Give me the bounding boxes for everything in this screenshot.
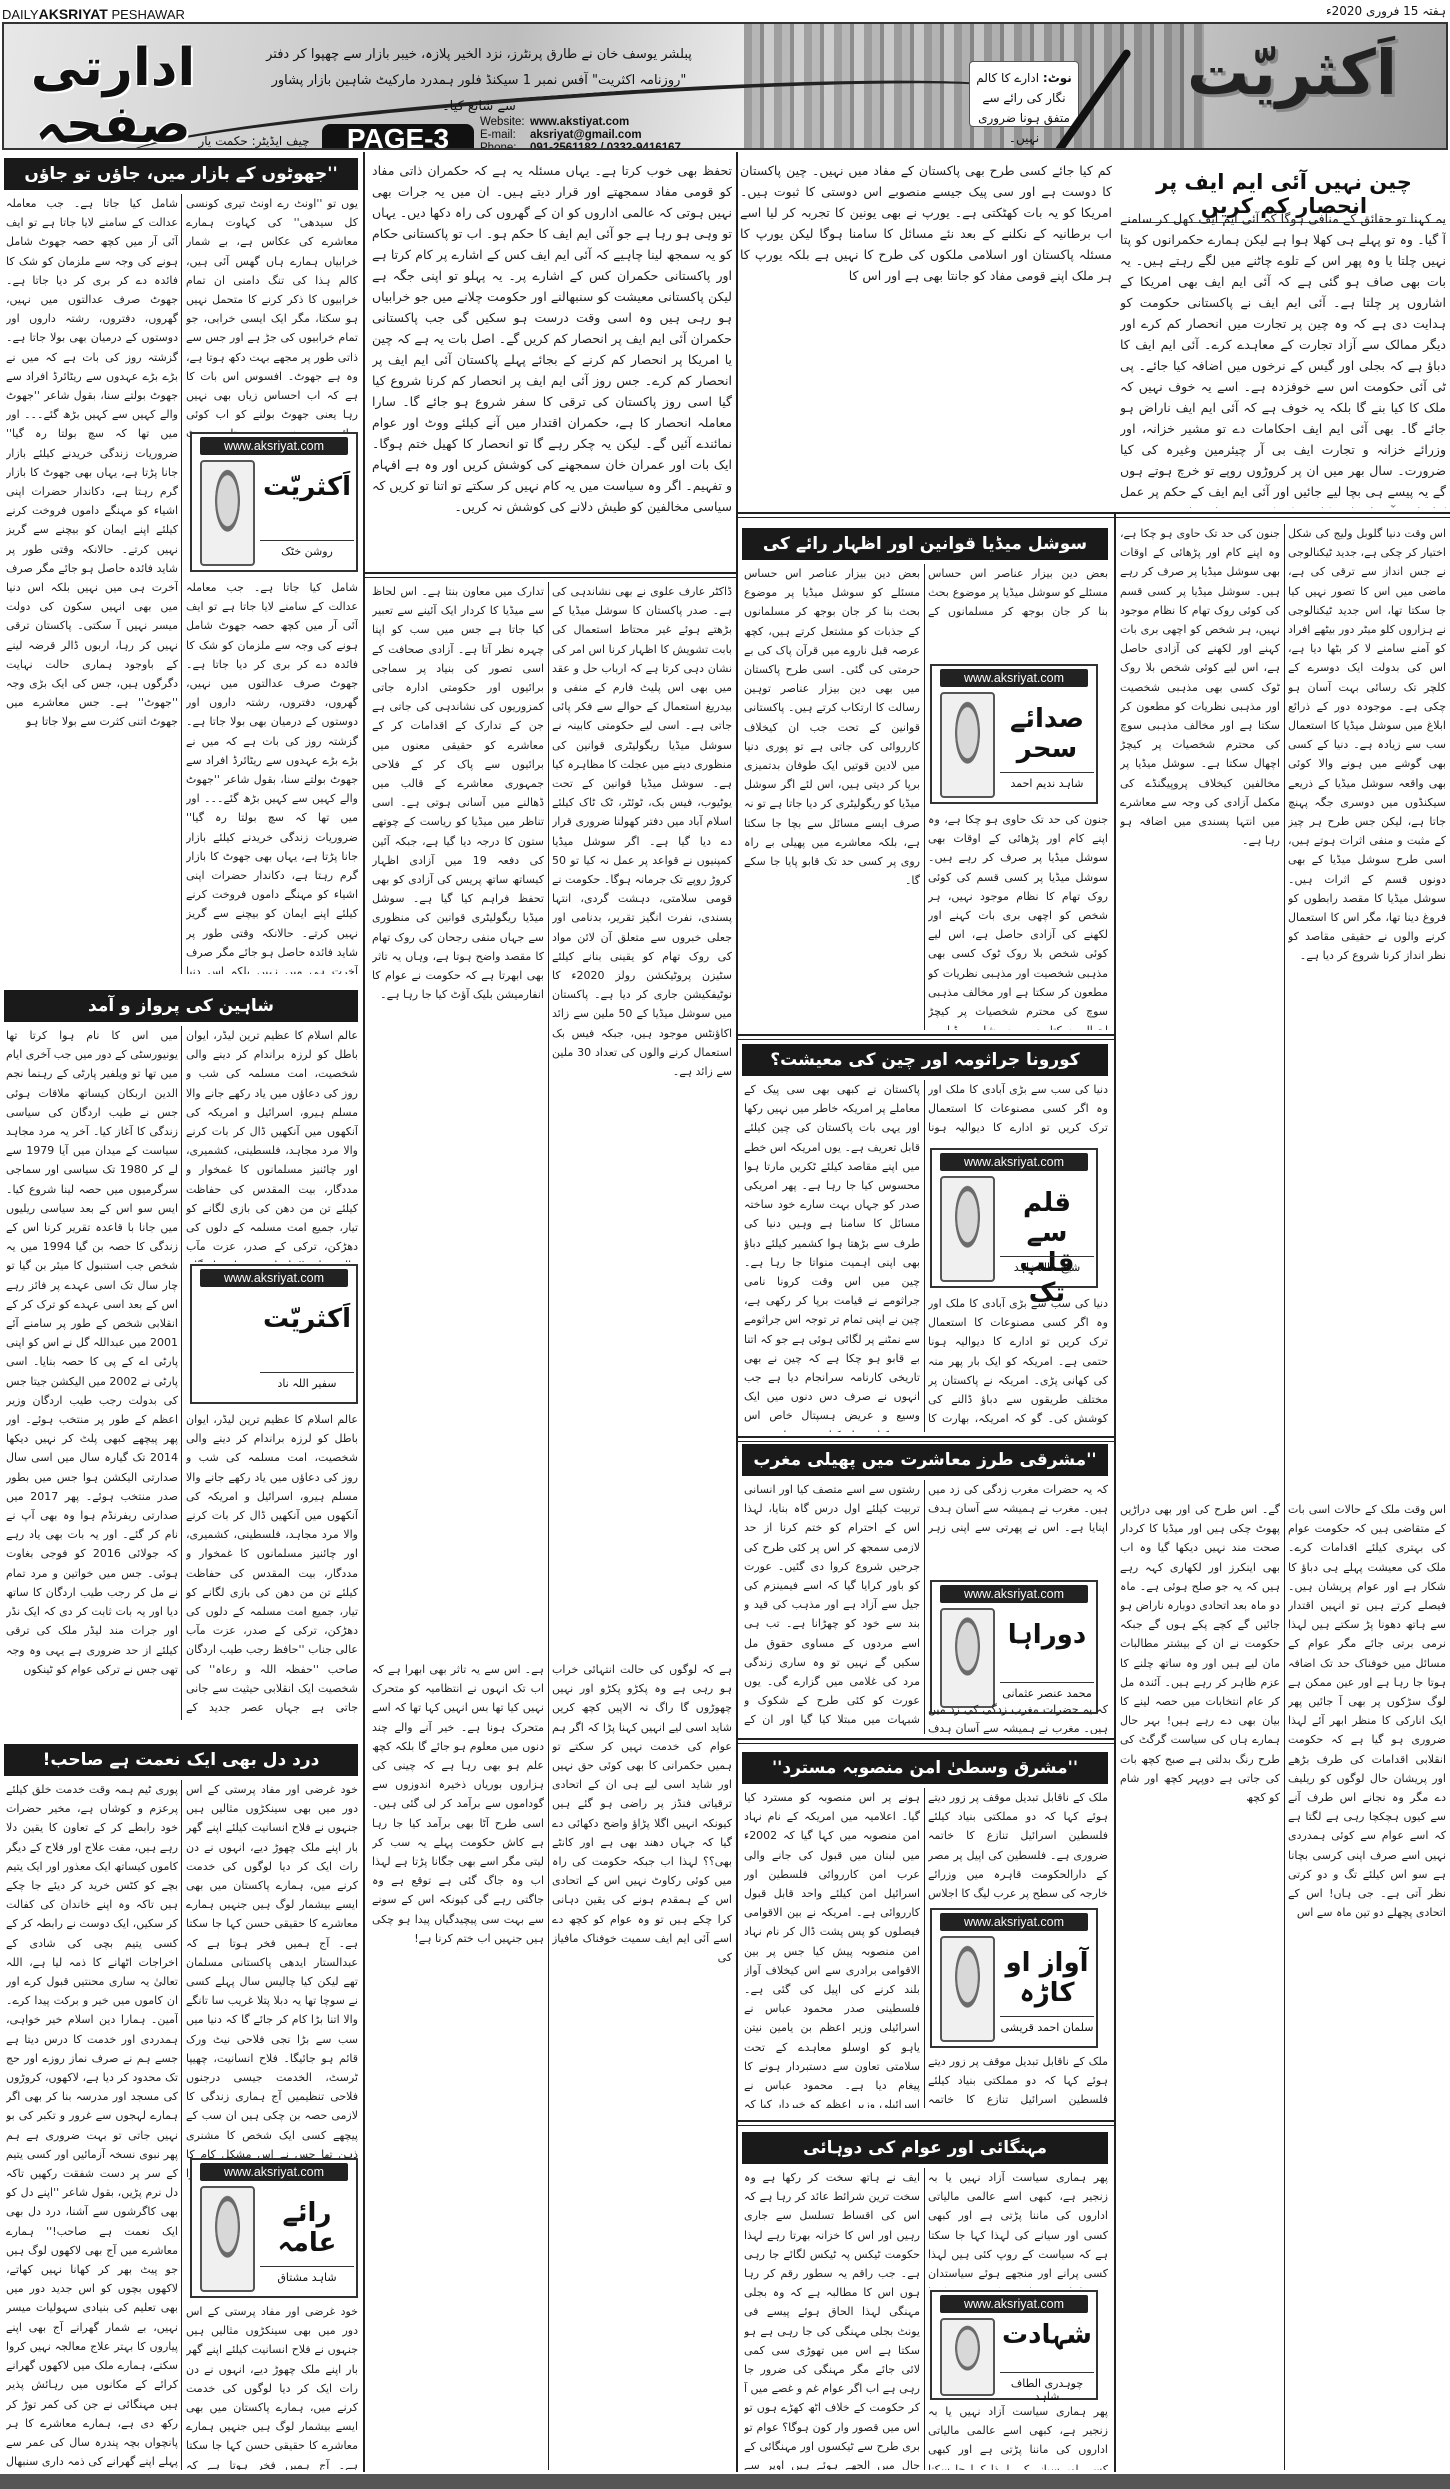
author-photo: [940, 1176, 995, 1282]
article-maghrib-text-right: کہ یہ حضرات مغرب زدگی کی زد میں ہیں۔ مغر…: [928, 1480, 1108, 1536]
author-name: شیخ خالد زاہد: [1000, 1256, 1094, 1274]
article-dard-text-left: پوری ٹیم ہمہ وقت خدمت خلق کیلئے پرعزم و …: [6, 1780, 178, 2470]
article-corona-text-right-cont: دنیا کی سب سے بڑی آبادی کا ملک اور وہ اگ…: [928, 1294, 1108, 1432]
column-rule: [924, 2168, 925, 2470]
column-rule: [363, 572, 365, 2472]
article-shaheen-text-right-cont: عالم اسلام کا عظیم ترین لیڈر، ایوان باطل…: [186, 1410, 358, 1720]
article-title-maghrib-zadgi: ''مشرقی طرز معاشرت میں پھیلی مغرب زدگی'': [742, 1444, 1108, 1476]
article-mashriq-text-right: ملک کے ناقابل تبدیل موقف پر زور دیتے ہوئ…: [928, 1788, 1108, 1906]
byline-box-dard-e-dil: www.aksriyat.com رائے عامہ شاہد مشتاق: [190, 2158, 358, 2298]
author-photo: [940, 1936, 995, 2042]
column-rule: [924, 1480, 925, 1734]
editorial-col-mid: کم کیا جائے کسی طرح بھی پاکستان کے مفاد …: [740, 160, 1112, 508]
article-title-social-media: سوشل میڈیا قوانین اور اظہار رائے کی آزاد…: [742, 528, 1108, 560]
article-corona-text-right: دنیا کی سب سے بڑی آبادی کا ملک اور وہ اگ…: [928, 1080, 1108, 1140]
article-dard-text-right: خود غرضی اور مفاد پرستی کے اس دور میں بھ…: [186, 1780, 358, 2180]
site-url-label: www.aksriyat.com: [940, 1913, 1088, 1931]
article-social-media-col3-top: بعض دین بیزار عناصر اس حساس مسئلے کو سوش…: [928, 564, 1108, 624]
contact-block: Website:www.akstiyat.com E-mail:aksriyat…: [480, 116, 681, 150]
column-rule: [736, 152, 738, 512]
article-title-mashriq-wusta: ''مشرق وسطیٰ امن منصوبہ مسترد'': [742, 1752, 1108, 1784]
byline-box-social-media: www.aksriyat.com صدائے سحر شاہد ندیم احم…: [930, 664, 1098, 804]
continued-mid-lower: ہے کہ لوگوں کی حالت انتہائی خراب ہو رہی …: [552, 1660, 732, 2470]
column-name: شہادت: [1000, 2320, 1094, 2350]
column-rule: [181, 1780, 182, 2470]
author-name: چوہدری الطاف شاہد: [1000, 2372, 1094, 2403]
article-mashriq-text-right-cont: ملک کے ناقابل تبدیل موقف پر زور دیتے ہوئ…: [928, 2052, 1108, 2108]
article-shaheen-text-right: عالم اسلام کا عظیم ترین لیڈر، ایوان باطل…: [186, 1026, 358, 1262]
top-line: DAILYAKSRIYAT PESHAWAR ہفتہ 15 فروری 202…: [0, 0, 1450, 22]
author-name: شاہد مشتاق: [260, 2266, 354, 2284]
column-rule: [924, 1788, 925, 2108]
publisher-line-2: "روزنامہ اکثریت" آفس نمبر 1 سیکنڈ فلور ہ…: [264, 68, 694, 120]
section-divider: [736, 1436, 1114, 1442]
article-shaheen-text-left: میں اس کا نام ہوا کرتا تھا یونیورسٹی کے …: [6, 1026, 178, 1720]
article-social-media-col3-cont: جنون کی حد تک حاوی ہو چکا ہے، وہ اپنے کا…: [928, 810, 1108, 1030]
page-number-badge: PAGE-3: [322, 124, 474, 150]
site-url-label: www.aksriyat.com: [200, 437, 348, 455]
article-mehngai-text-right-cont: پھر ہماری سیاست آزاد نہیں یا بہ زنجیر ہے…: [928, 2402, 1108, 2470]
column-name: اَکثریّت: [260, 1304, 354, 1334]
byline-box-corona: www.aksriyat.com قلم سے قلب تک شیخ خالد …: [930, 1148, 1098, 1288]
column-name: قلم سے قلب تک: [1000, 1188, 1094, 1308]
article-maghrib-text-right-cont: کہ یہ حضرات مغرب زدگی کی زد میں ہیں۔ مغر…: [928, 1700, 1108, 1734]
phone-number: 091-2561182 / 0332-9416167: [530, 142, 681, 150]
column-name: اَکثریّت: [260, 472, 354, 502]
masthead-name: AKSRIYAT: [39, 6, 108, 22]
column-rule: [1284, 524, 1285, 2470]
issue-date: ہفتہ 15 فروری 2020ء: [1326, 4, 1446, 18]
column-rule: [363, 152, 365, 572]
note-label: نوٹ:: [1043, 71, 1072, 85]
article-dard-text-right-cont: خود غرضی اور مفاد پرستی کے اس دور میں بھ…: [186, 2302, 358, 2470]
author-photo: [940, 692, 995, 798]
section-divider: [736, 512, 1450, 518]
website-link[interactable]: www.akstiyat.com: [530, 116, 629, 128]
author-name: سفیر اللہ ناد: [260, 1372, 354, 1390]
column-rule: [181, 194, 182, 974]
phone-label: Phone:: [480, 142, 530, 150]
article-maghrib-text-left: رشتوں سے اسے متصف کیا اور انسانی تربیت ک…: [744, 1480, 920, 1734]
email-link[interactable]: aksriyat@gmail.com: [530, 129, 642, 141]
editorial-col-right: یہ کہنا تو حقائق کے منافی ہوگا کہ آئی ای…: [1120, 208, 1446, 508]
page-banner: ادارتی صفحہ پبلشر یوسف خان نے طارق پرنٹر…: [2, 22, 1448, 150]
byline-box-maghrib-zadgi: www.aksriyat.com دوراہا محمد عنصر عثمانی: [930, 1580, 1098, 1714]
article-mehngai-text-right: پھر ہماری سیاست آزاد نہیں یا بہ زنجیر ہے…: [928, 2168, 1108, 2288]
byline-box-shaheen: www.aksriyat.com اَکثریّت سفیر اللہ ناد: [190, 1264, 358, 1404]
author-photo: [940, 1608, 995, 1708]
site-url-label: www.aksriyat.com: [940, 669, 1088, 687]
column-name: صدائے سحر: [1000, 704, 1094, 764]
footer-bar: [0, 2474, 1450, 2489]
masthead-city: PESHAWAR: [111, 7, 184, 22]
column-rule: [924, 1080, 925, 1432]
article-jhooton-text-right: یوں تو ''اونٹ رے اونٹ تیری کونسی کل سیدھ…: [186, 194, 358, 454]
publisher-line-1: پبلشر یوسف خان نے طارق پرنٹرز، نزد الخیر…: [264, 42, 694, 68]
column-rule: [181, 1026, 182, 1720]
article-mashriq-text-left: ہونے پر اس منصوبہ کو مسترد کیا گیا۔ اعلا…: [744, 1788, 920, 2108]
article-corona-text-left: پاکستان نے کبھی بھی سی پیک کے معاملے پر …: [744, 1080, 920, 1432]
section-title-logo: ادارتی صفحہ: [18, 40, 208, 140]
article-title-dard-e-dil: درد دل بھی ایک نعمت ہے صاحب!: [4, 1744, 358, 1776]
article-mehngai-text-left: ایف نے ہاتھ سخت کر رکھا ہے وہ سخت ترین ش…: [744, 2168, 920, 2470]
logo-placeholder: [200, 1292, 255, 1398]
article-jhooton-text-right-cont: شامل کیا جاتا ہے۔ جب معاملہ عدالت کے سام…: [186, 578, 358, 974]
author-name: سلمان احمد قریشی: [1000, 2016, 1094, 2034]
disclaimer-note: نوٹ: ادارے کا کالم نگار کی رائے سے متفق …: [969, 61, 1079, 127]
editorial-col-left: تحفظ بھی خوب کرتا ہے۔ یہاں مسئلہ یہ ہے ک…: [372, 160, 732, 570]
chief-editor: چیف ایڈیٹر: حکمت یار خان: [190, 134, 318, 150]
article-title-jhooton: ''جھوٹوں کے بازار میں، جاؤں تو جاؤں کہاں…: [4, 158, 358, 190]
article-title-corona: کورونا جراثومہ اور چین کی معیشت؟: [742, 1044, 1108, 1076]
author-name: روشن خٹک: [260, 540, 354, 558]
site-url-label: www.aksriyat.com: [940, 1153, 1088, 1171]
article-title-mehngai: مہنگائی اور عوام کی دوہائی: [742, 2132, 1108, 2164]
column-name: آواز او کاڑہ: [1000, 1948, 1094, 2008]
continued-far-right-lower-b: گے۔ اس طرح کی اور بھی دراڑیں پھوٹ چکی ہی…: [1120, 1500, 1280, 2470]
column-rule: [736, 512, 738, 2472]
column-rule: [924, 564, 925, 1030]
byline-box-jhooton: www.aksriyat.com اَکثریّت روشن خٹک: [190, 432, 358, 572]
article-jhooton-text-left: شامل کیا جاتا ہے۔ جب معاملہ عدالت کے سام…: [6, 194, 178, 974]
column-name: رائے عامہ: [260, 2198, 354, 2258]
author-name: محمد عنصر عثمانی: [1000, 1682, 1094, 1700]
site-url-label: www.aksriyat.com: [940, 2295, 1088, 2313]
column-name: دوراہا: [1000, 1620, 1094, 1650]
section-divider: [363, 572, 736, 578]
section-divider: [736, 1738, 1114, 1744]
website-label: Website:: [480, 116, 530, 129]
site-url-label: www.aksriyat.com: [940, 1585, 1088, 1603]
byline-box-mehngai: www.aksriyat.com شہادت چوہدری الطاف شاہد: [930, 2290, 1098, 2400]
masthead-prefix: DAILY: [2, 7, 39, 22]
section-divider: [736, 1034, 1114, 1040]
continued-mid-lower-b: ہے۔ اس سے یہ تاثر بھی ابھرا ہے کہ اب تک …: [372, 1660, 544, 2470]
author-name: شاہد ندیم احمد: [1000, 772, 1094, 790]
byline-box-mashriq-wusta: www.aksriyat.com آواز او کاڑہ سلمان احمد…: [930, 1908, 1098, 2048]
article-social-media-col3: بعض دین بیزار عناصر اس حساس مسئلے کو سوش…: [744, 564, 920, 1030]
author-photo: [940, 2318, 995, 2396]
continued-far-right-lower: اس وقت ملک کے حالات اسی بات کے متقاضی ہی…: [1288, 1500, 1446, 2470]
site-url-label: www.aksriyat.com: [200, 2163, 348, 2181]
column-rule: [1114, 512, 1116, 2472]
newspaper-logo: اَکثریّت: [1152, 36, 1432, 146]
email-label: E-mail:: [480, 129, 530, 142]
column-rule: [548, 582, 549, 2470]
section-divider: [736, 2120, 1114, 2126]
masthead-nameplate: DAILYAKSRIYAT PESHAWAR: [2, 6, 185, 22]
article-title-shaheen: شاہین کی پرواز و آمد: [4, 990, 358, 1022]
author-photo: [200, 460, 255, 566]
site-url-label: www.aksriyat.com: [200, 1269, 348, 1287]
publisher-imprint: پبلشر یوسف خان نے طارق پرنٹرز، نزد الخیر…: [264, 42, 694, 120]
author-photo: [200, 2186, 255, 2292]
